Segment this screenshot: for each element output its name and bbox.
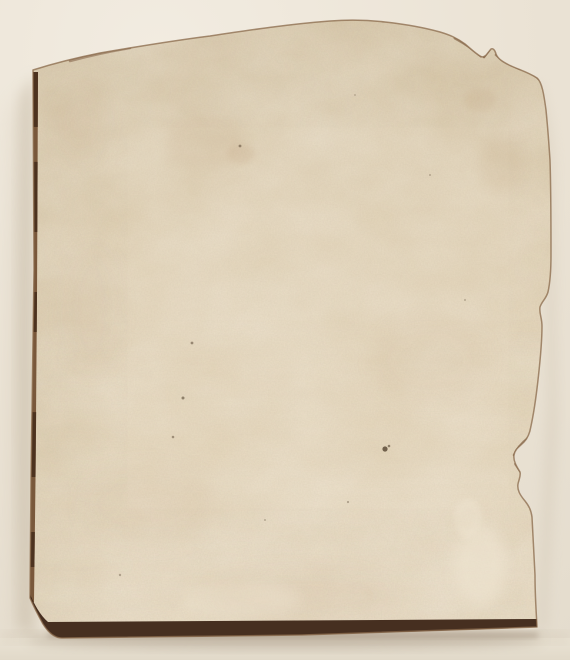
pale-patch [454, 498, 482, 538]
stain-blob [62, 245, 122, 375]
stain-blob [52, 80, 108, 160]
stain-blob [370, 315, 490, 405]
pale-patch [454, 526, 506, 606]
tile-artifact [25, 12, 557, 646]
stain-blob [227, 144, 255, 164]
pale-patch [180, 582, 300, 618]
stain-blob [464, 88, 496, 112]
scene-svg: Blank antique earthenware tile with irre… [0, 0, 570, 660]
tile-surface-texture [25, 12, 557, 646]
photograph: Blank antique earthenware tile with irre… [0, 0, 570, 660]
stain-blob [80, 463, 220, 547]
stain-blob [480, 133, 524, 197]
